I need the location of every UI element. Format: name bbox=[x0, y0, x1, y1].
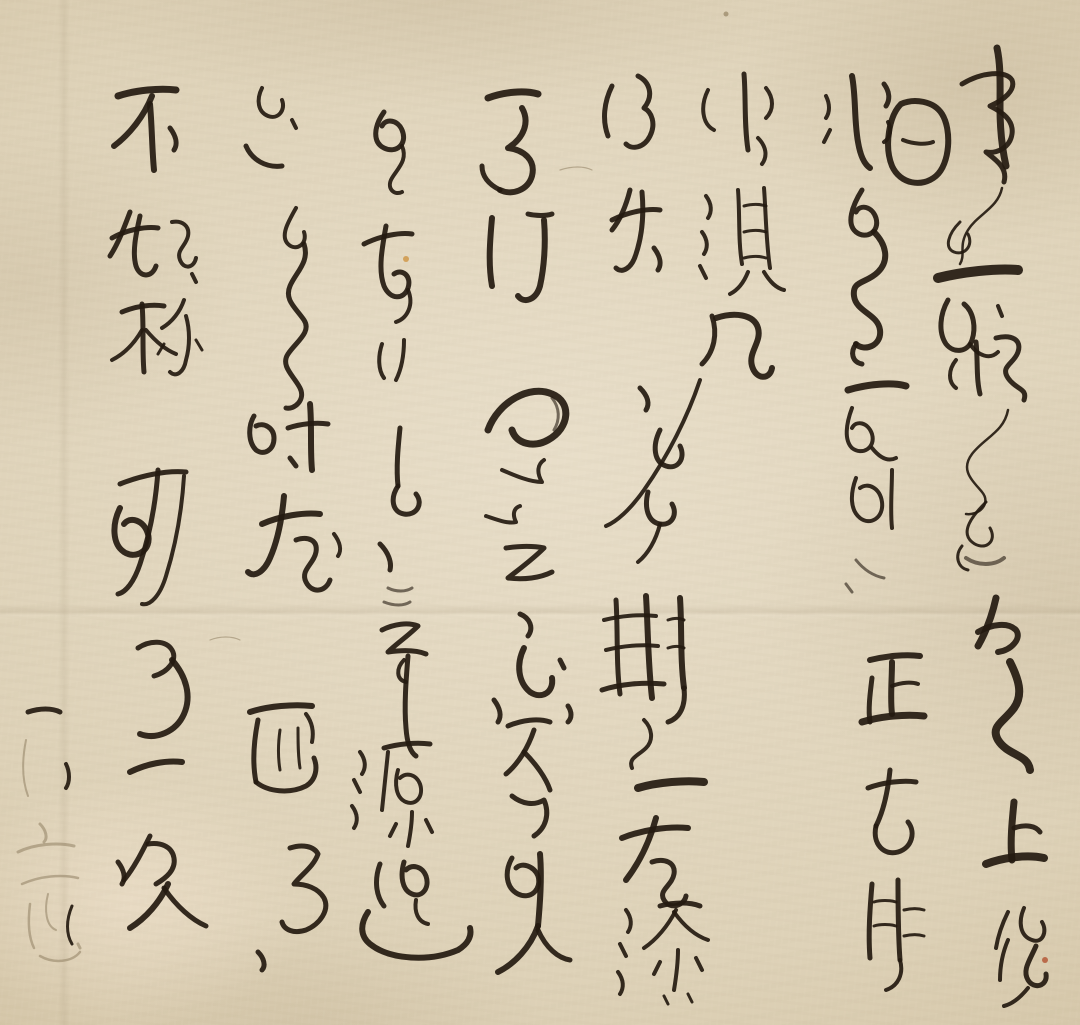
calligraphy-column-3 bbox=[602, 74, 784, 1004]
ink-strokes bbox=[0, 0, 1080, 1025]
fiber-speck bbox=[724, 12, 729, 17]
calligraphy-column-2 bbox=[824, 76, 924, 990]
signature-dry-brush bbox=[18, 709, 80, 961]
paper-fiber bbox=[210, 637, 240, 640]
calligraphy-column-6 bbox=[246, 88, 340, 970]
red-speck bbox=[1042, 957, 1048, 963]
calligraphy-column-1 bbox=[888, 48, 1046, 1006]
paper-specks bbox=[210, 12, 1048, 964]
paper-fiber bbox=[560, 167, 592, 170]
calligraphy-sheet bbox=[0, 0, 1080, 1025]
calligraphy-column-5 bbox=[352, 112, 471, 958]
calligraphy-column-4 bbox=[482, 92, 571, 972]
calligraphy-column-7 bbox=[110, 89, 206, 928]
ochre-speck bbox=[403, 256, 409, 262]
